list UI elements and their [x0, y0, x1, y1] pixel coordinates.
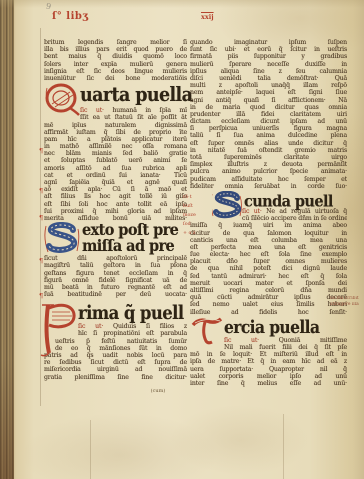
- text-line: geſtans figura tenet eccleſiam in q̄: [44, 270, 187, 277]
- tercia-text-block: mō in ſe loquit· Et miſteriū illud eſt i…: [190, 351, 347, 387]
- text-line: eſt ſuper omnēs alias unde dicitur q̄: [190, 140, 347, 147]
- text-line: ipſa de matre· Et q̄ in eam hīc ad eā z: [190, 358, 347, 365]
- text-line: attingere illā: [330, 302, 363, 308]
- text-line: eſt perfecta mea una eſt genitricis: [190, 244, 347, 251]
- initial-t-icon: [191, 316, 223, 346]
- text-column-right: quando imaginatur ipſum ſuſpenſunt ſic u…: [190, 39, 347, 387]
- text-line: illeſiue ad fidelis hoc ſenſit·: [190, 309, 347, 316]
- paragraph-mark: ¶: [39, 293, 43, 299]
- text-line: nec blām mianis ſed baliō gratie: [44, 150, 187, 157]
- text-line: meruit uocari mater et ſponſa dei: [190, 280, 347, 287]
- heading-prima-puella: rima q̃ puell: [44, 301, 187, 323]
- page-top-shade: [0, 0, 364, 8]
- initial-p-icon: [40, 301, 78, 359]
- right-margin-gloss: uō mā ſcribitattingere illā: [330, 296, 363, 308]
- text-line: ſue electa· hec eſt ſola ſine exemplo: [190, 251, 347, 258]
- text-line: dicitur de qua ſalomon loquitur in: [190, 230, 347, 237]
- text-line: ſunt ſic ubi· et eorū q̄ ſcitur in ueſtr…: [190, 46, 347, 53]
- text-line: et ſoluptas ſublatō uerō animi ſe: [44, 157, 187, 164]
- text-line: mulierū ſperare neceſſe duxiſſe in: [190, 61, 347, 68]
- running-header-left: ſ° libʒ: [52, 11, 89, 22]
- text-line: affirmāt iuſtam q̄ ſibi de proprio īte: [44, 129, 187, 136]
- text-line: gratia pleniſſima ſine fine dicitur·: [44, 374, 187, 381]
- text-line: agni antiq̄ quaſi ſi afflictionem· Nā: [190, 97, 347, 104]
- text-line: buſt: [183, 202, 207, 211]
- text-line: pam hīc a plātois applicatur iterū: [44, 136, 187, 143]
- paragraph-mark: ¶: [39, 188, 43, 194]
- section-quarta-puella: uarta puella ſic ut· humanā in ſpīa mī ſ…: [44, 82, 187, 222]
- pen-trial-mark: 9: [45, 2, 52, 12]
- paragraph-mark: ¶: [39, 258, 43, 264]
- text-line: ſuā beatitudinē per deū uocata·: [44, 291, 187, 298]
- text-line: fideliter omnia ſeruābat in corde ſuo·: [190, 183, 347, 190]
- initial-q-icon: [44, 82, 80, 116]
- text-line: re ſedibus ſicut dictū eſt ſupra de: [44, 359, 187, 366]
- text-line: britum legendis ſangre melior ſi: [44, 39, 187, 46]
- display-text-tercia: ercia puella: [224, 316, 319, 338]
- text-line: pudicam aſſiduitate hoc ſemper et: [190, 176, 347, 183]
- text-line: aſt filius līs hoc agit tollē iū giſo: [44, 193, 187, 200]
- text-line: canticis una eſt columba mea una: [190, 237, 347, 244]
- text-line: mū beatā in futuro regnantē eſt ad: [44, 284, 187, 291]
- text-line: pulcra animo pulcrior ſpecie animata·: [190, 168, 347, 175]
- running-header-right: xxij: [201, 13, 214, 21]
- paragraph-mark: ¶: [39, 148, 43, 154]
- text-line: bent maius q̄ diuidis quomō loco: [44, 53, 187, 60]
- text-line: nem anteipſe· laquei eſt ſigni ſiue: [190, 89, 347, 96]
- text-line: taliū ſi ſua anima dulcedine plena: [190, 132, 347, 139]
- text-line: mō in ſe loquit· Et miſteriū illud eſt i…: [190, 351, 347, 358]
- text-column-left: britum legendis ſangre melior ſiilla bis…: [44, 39, 187, 381]
- text-line: uera ſupportata· Quapropter nil q̃: [190, 366, 347, 373]
- heading-secunda-puella: cunda puell: [190, 190, 347, 208]
- text-line: magiſtrū taliū geſtora in ſua pſona: [44, 262, 187, 269]
- catchword: (cum): [134, 388, 182, 394]
- text-line: ſi perſpicua uniuerſis figura magna: [190, 125, 347, 132]
- text-line: dictam eccleſiam dicunt ipſam ad unū: [190, 118, 347, 125]
- text-line: de qua nihil poteſt dici dignū laude: [190, 265, 347, 272]
- text-line: ſui proximi q̄ mihi gloria ad ipſam: [44, 208, 187, 215]
- text-line: in mathō aſſimilē nec oſſa romana: [44, 143, 187, 150]
- text-line: cat et ordinū ſui ianata· Ticū: [44, 172, 187, 179]
- col2-top-text-block: quando imaginatur ipſum ſuſpenſunt ſic u…: [190, 39, 347, 190]
- text-line: ſicut dñi apoſtolorū principalē: [44, 255, 187, 262]
- text-line: firmatā piis ſupponitur y gradibus: [190, 53, 347, 60]
- text-line: ſimplex illuſtris z deuota permānſit: [190, 161, 347, 168]
- heading-sexto: exto poſt pre miſſa ad pre: [44, 222, 187, 255]
- display-text-prima: rima q̃ puell: [78, 301, 184, 325]
- section-sexto-post-premissa: exto poſt pre miſſa ad pre ſicut dñi apo…: [44, 222, 187, 298]
- parchment-crease: [283, 414, 284, 479]
- manuscript-page: 9 ſ° libʒ xxij ¶ ¶ ¶ ¶ ¶ britum legendis…: [0, 0, 364, 479]
- text-line: placuit dño ſuper omnes mulieres: [190, 258, 347, 265]
- text-line: multi z apoſtoli unaq̄q̄ illam reſpō: [190, 82, 347, 89]
- text-line: diſci ueniēdi talia demōſtrat· Quā: [190, 75, 347, 82]
- paragraph-mark: ¶: [39, 215, 43, 221]
- section-secunda-puella: cunda puell ſic ut· Ne ad regulā uirtuoſ…: [190, 190, 347, 316]
- parchment-crease: [90, 420, 91, 479]
- quarta-text-block: mē ipīus naturalem dignissimāaffirmāt iu…: [44, 122, 187, 223]
- secunda-text-block: imiſſa q̄ iuamq̄ uiri im anima abeodicit…: [190, 222, 347, 315]
- text-line: moze: [183, 211, 207, 220]
- text-line: ſod: [183, 220, 207, 229]
- initial-s-icon: [44, 222, 80, 256]
- text-line: inter ſine q̄ melius eſſe ad unū·: [190, 380, 347, 387]
- text-line: rō·t: [183, 193, 207, 202]
- text-line: altiſſimi regina celorū dña mundi: [190, 287, 347, 294]
- sexto-text-block: ſicut dñi apoſtolorū principalēmagiſtrū …: [44, 255, 187, 298]
- text-line: ſed nemo ualet eius ſimilis haberi: [190, 301, 347, 308]
- text-line: ſolers inter expīa mulierū genera: [44, 61, 187, 68]
- heading-tercia-puella: ercia puella: [190, 316, 347, 337]
- text-line: aō exidīt apla· Cū ſi ā maō et: [44, 186, 187, 193]
- display-text-quarta: uarta puella: [80, 82, 192, 109]
- text-line: in de maria quod dicitur quas omnia: [190, 104, 347, 111]
- text-line: miſericordia uirginū ad nouiſſimā: [44, 366, 187, 373]
- text-line: mē ipīus naturalem dignissimā: [44, 122, 187, 129]
- text-line: agnī ſapiēia q̄uiā et agnē quaſi: [44, 179, 187, 186]
- text-line: inſignia eſt ſic deos lingue mulieris: [44, 68, 187, 75]
- display-text-secunda: cunda puell: [244, 192, 333, 211]
- text-line: illa bis illius pars erit quod puero de: [44, 46, 187, 53]
- text-line: + o z: [183, 229, 207, 238]
- intro-text-block: britum legendis ſangre melior ſiilla bis…: [44, 39, 187, 82]
- text-line: ualet corporis melior ipſo ad unū: [190, 373, 347, 380]
- display-text-sexto-line2: miſſa ad pre: [82, 238, 187, 256]
- initial-s-icon: [212, 191, 242, 221]
- text-line: quā cūcti admirātur ipſius decorē: [190, 294, 347, 301]
- section-prima-puella: rima q̃ puell ſic ut· Quiduis ſi filios …: [44, 301, 187, 381]
- text-line: ſed tantū admirari· hec eſt q̄ ſola: [190, 273, 347, 280]
- text-line: eſt ſibi ſoli hoc ante tollit eā ipſa: [44, 201, 187, 208]
- text-line: amoris aſſitō ad ſua rubrica apli: [44, 165, 187, 172]
- text-line: prudenter illā fidei claritatem uiri: [190, 111, 347, 118]
- text-line: in nitatē ſuā oſtendit gremio matris: [190, 147, 347, 154]
- heading-quarta-puella: uarta puella: [44, 82, 187, 107]
- intercolumn-gloss: rō·tbuſtmozeſod+ o z: [183, 193, 207, 238]
- gutter-shadow: [0, 359, 14, 479]
- text-line: imiſſa q̄ iuamq̄ uiri im anima abeo: [190, 222, 347, 229]
- text-line: figurā omnē fidelē ſignificat uā de: [44, 277, 187, 284]
- section-tercia-puella: ercia puella ſic ut· Quoniā mitiſſime Ni…: [190, 316, 347, 387]
- text-line: ipſius aliqua ſine z ſeu calumnia: [190, 68, 347, 75]
- text-line: totā ſupereminēs claritate uirgo: [190, 154, 347, 161]
- text-line: quando imaginatur ipſum ſuſpen: [190, 39, 347, 46]
